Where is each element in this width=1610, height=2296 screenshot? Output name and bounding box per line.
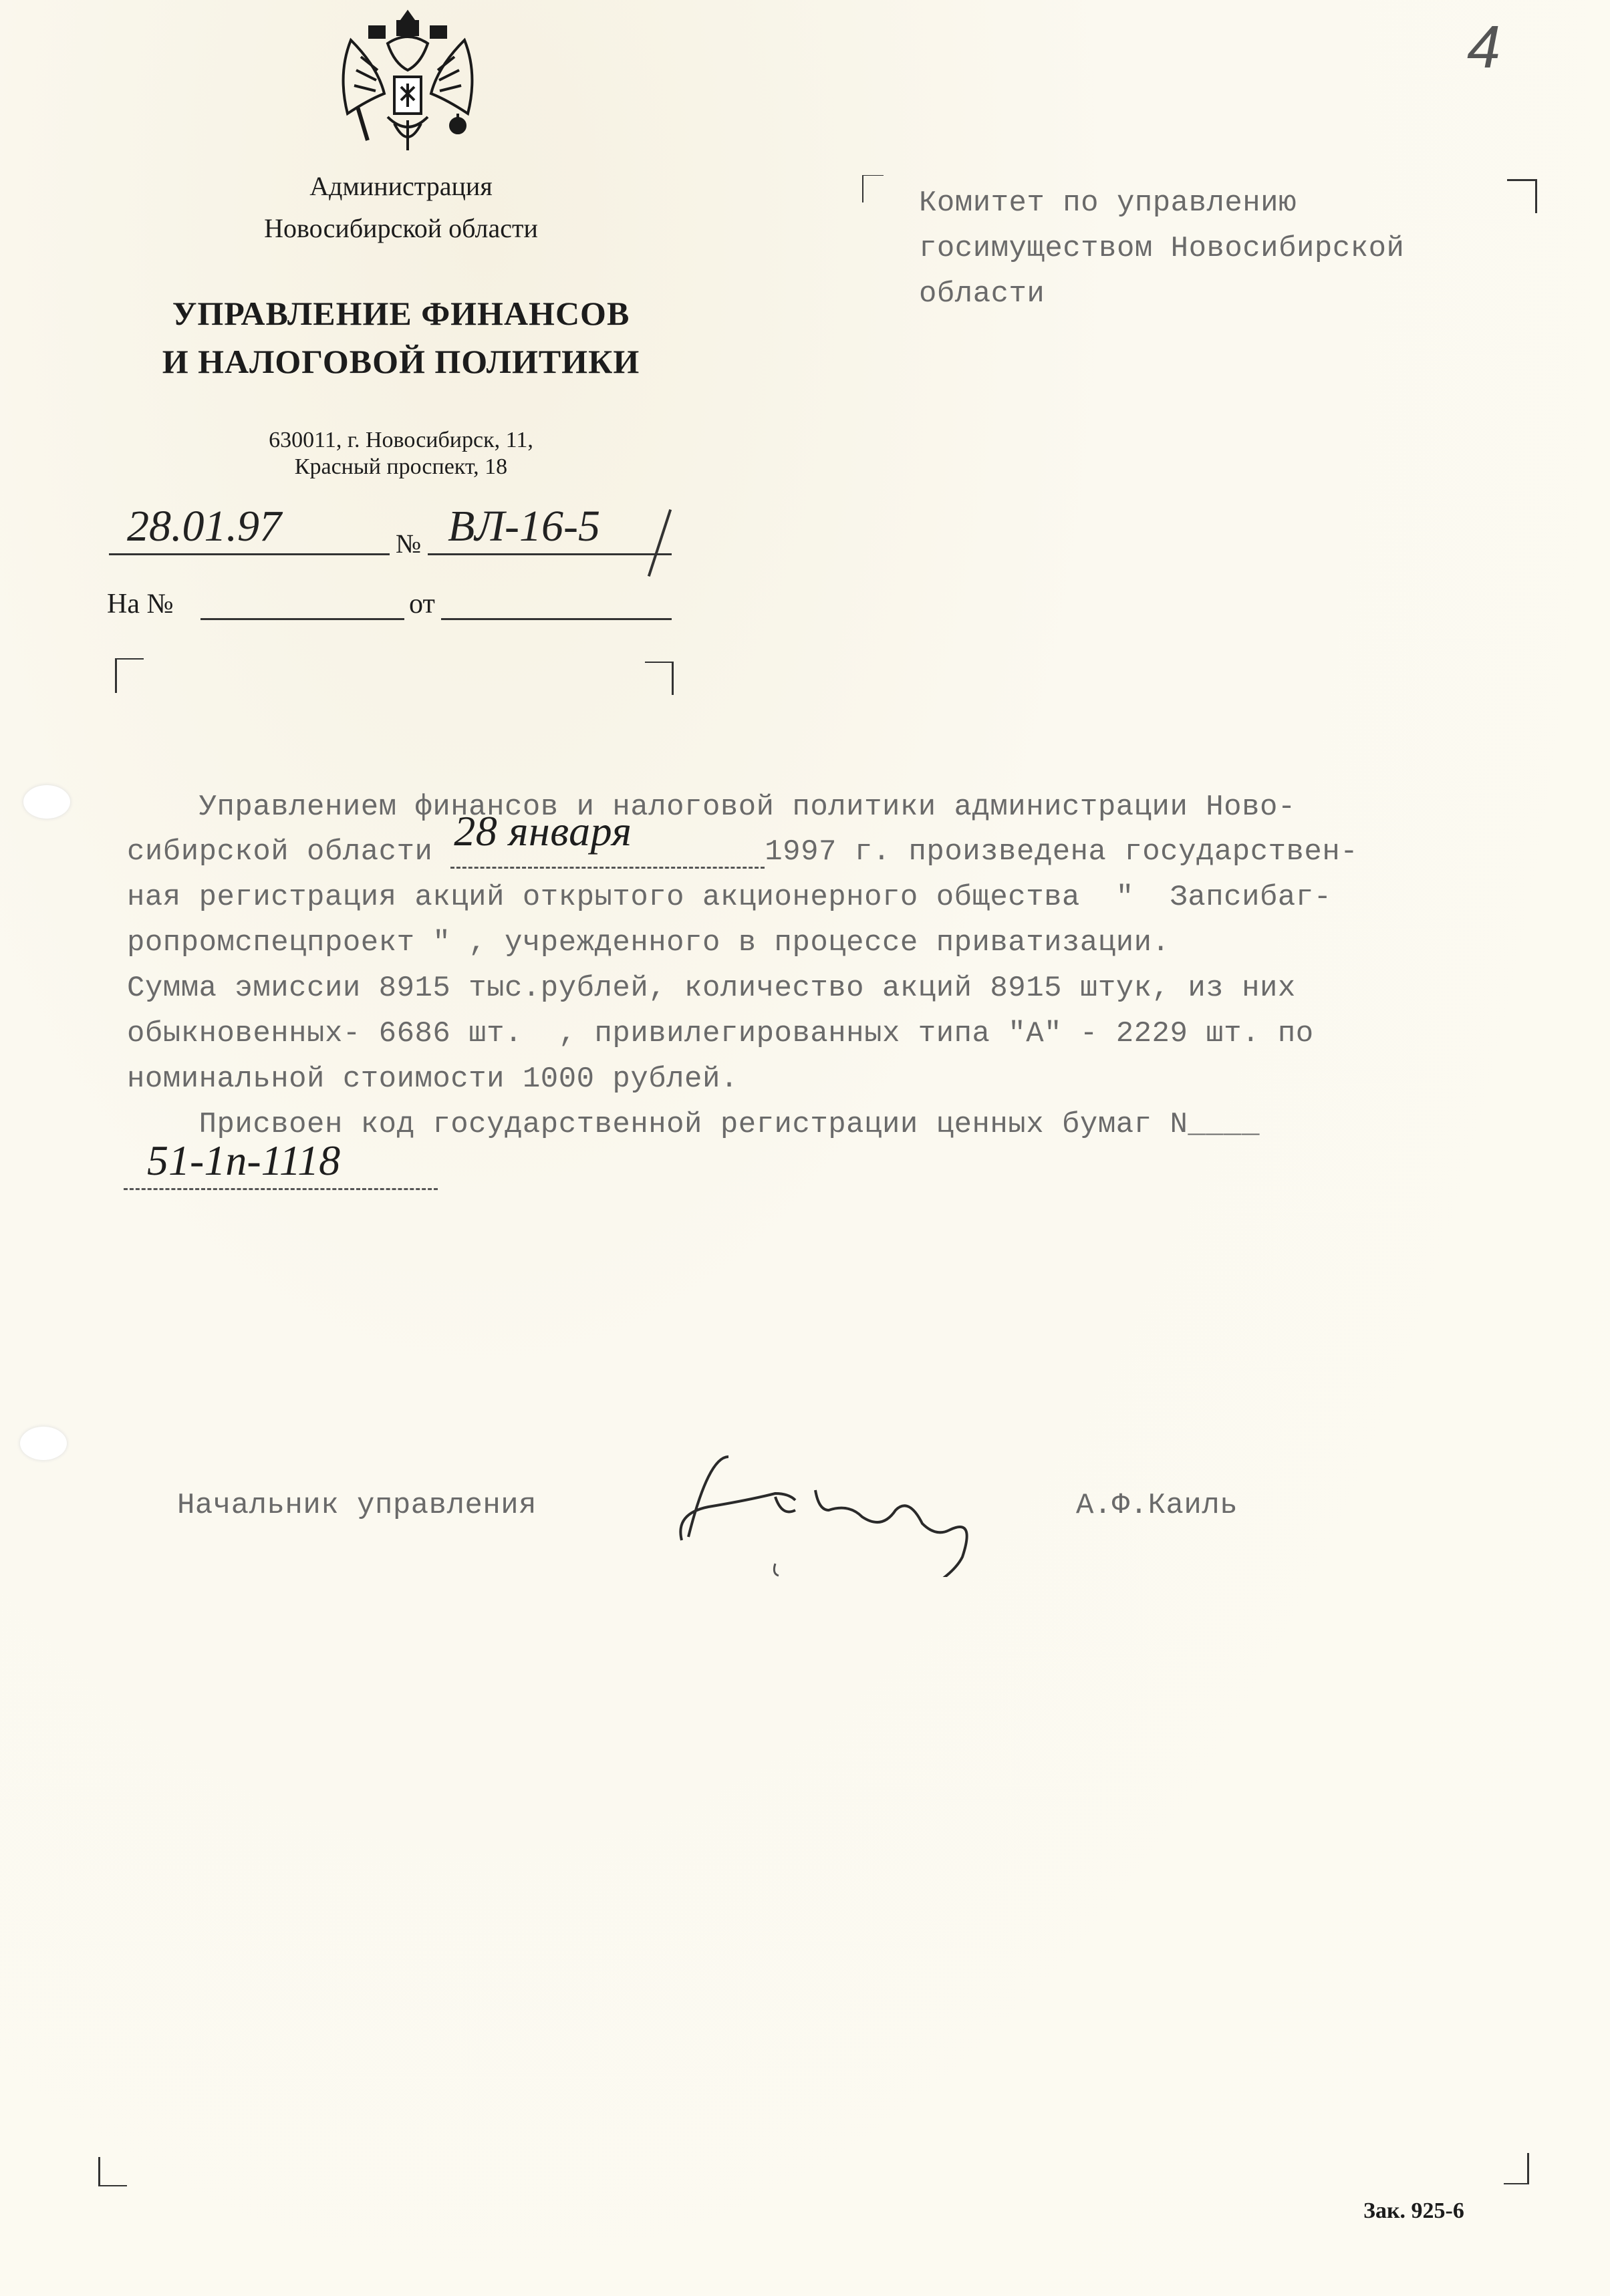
handwritten-page-number: 4 [1467,13,1500,82]
corner-mark [115,658,144,693]
signature-scribble [662,1450,1063,1577]
registration-code-underline [124,1188,438,1190]
corner-mark [645,662,674,695]
body-line: номинальной стоимости 1000 рублей. [127,1062,739,1096]
body-line: сибирской области 28 января1997 г. произ… [127,835,1358,869]
reply-date-field [441,618,672,620]
document-page: 4 Администрация Новосибирской области УП… [0,0,1610,2296]
coat-of-arms-icon [324,7,491,160]
body-line: ная регистрация акций открытого акционер… [127,881,1332,914]
department-title-line1: УПРАВЛЕНИЕ ФИНАНСОВ [100,294,702,333]
corner-mark [1504,2153,1529,2184]
signatory-name: А.Ф.Каиль [1076,1489,1238,1522]
print-order-number: Зак. 925-6 [1363,2198,1464,2224]
address-line1: 630011, г. Новосибирск, 11, [200,428,601,453]
reply-number-field [200,618,404,620]
body-line: обыкновенных- 6686 шт. , привилегированн… [127,1017,1314,1050]
outgoing-number: ВЛ-16-5 [448,501,600,552]
reply-date-label: от [409,588,435,620]
department-title-line2: И НАЛОГОВОЙ ПОЛИТИКИ [100,342,702,381]
registration-code-handwritten: 51-1п-1118 [147,1136,340,1185]
addressee-line: Комитет по управлению [919,180,1404,226]
addressee-line: госимуществом Новосибирской [919,226,1404,271]
region-name: Новосибирской области [200,212,601,244]
administration-name: Администрация [200,170,601,202]
corner-mark [98,2157,127,2186]
reply-number-label: На № [107,588,174,620]
number-sign: № [396,528,421,559]
registration-date-handwritten: 28 января [454,807,632,856]
corner-mark [1507,179,1537,213]
body-line: Управлением финансов и налоговой политик… [127,791,1296,824]
signatory-title: Начальник управления [177,1489,537,1522]
punch-hole [20,1427,67,1460]
body-line: Сумма эмиссии 8915 тыс.рублей, количеств… [127,972,1296,1005]
addressee-line: области [919,271,1404,317]
punch-hole [23,785,70,819]
corner-mark [862,175,884,202]
address-line2: Красный проспект, 18 [200,454,601,480]
date-underline [109,553,390,555]
number-slash-mark [648,509,672,577]
number-underline [428,553,672,555]
addressee-block: Комитет по управлениюгосимуществом Новос… [919,180,1404,317]
body-line: ропромспецпроект " , учрежденного в проц… [127,926,1170,960]
outgoing-date: 28.01.97 [127,501,281,552]
